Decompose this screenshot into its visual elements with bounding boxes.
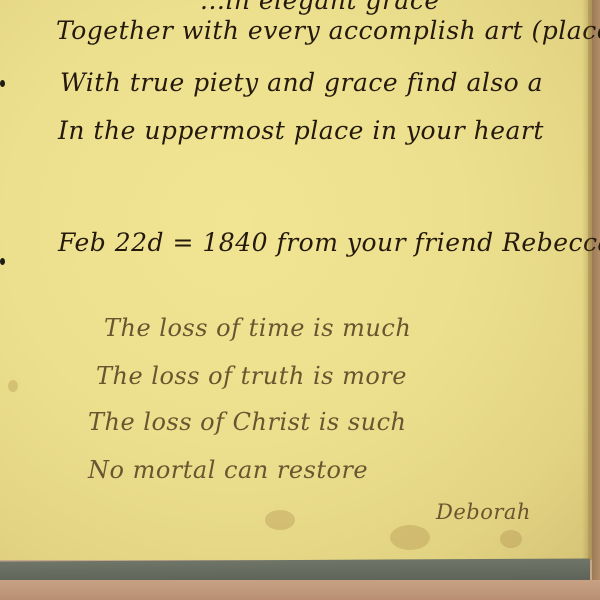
verse-1-cutoff-line: ...in elegant grace bbox=[200, 0, 440, 15]
paper-stain bbox=[500, 530, 522, 548]
paper-stain bbox=[8, 380, 18, 392]
verse-2-line-3: The loss of Christ is such bbox=[88, 408, 407, 436]
album-page: ...in elegant grace Together with every … bbox=[0, 0, 592, 560]
book-cover-board bbox=[0, 580, 600, 600]
verse-1-line-3: In the uppermost place in your heart bbox=[58, 116, 544, 145]
verse-2-line-2: The loss of truth is more bbox=[96, 362, 407, 390]
verse-1-line-1: Together with every accomplish art (plac… bbox=[56, 16, 600, 45]
verse-2-line-1: The loss of time is much bbox=[104, 314, 411, 342]
ink-mark bbox=[0, 258, 5, 265]
paper-stain bbox=[265, 510, 295, 530]
dedication-line: Feb 22d = 1840 from your friend Rebecca bbox=[58, 228, 600, 257]
signature: Deborah bbox=[436, 500, 531, 524]
ink-mark bbox=[0, 80, 5, 87]
paper-stain bbox=[390, 525, 430, 550]
verse-1-line-2: With true piety and grace find also a bbox=[60, 68, 543, 97]
verse-2-line-4: No mortal can restore bbox=[88, 456, 368, 484]
book-spine-edge bbox=[592, 0, 600, 600]
